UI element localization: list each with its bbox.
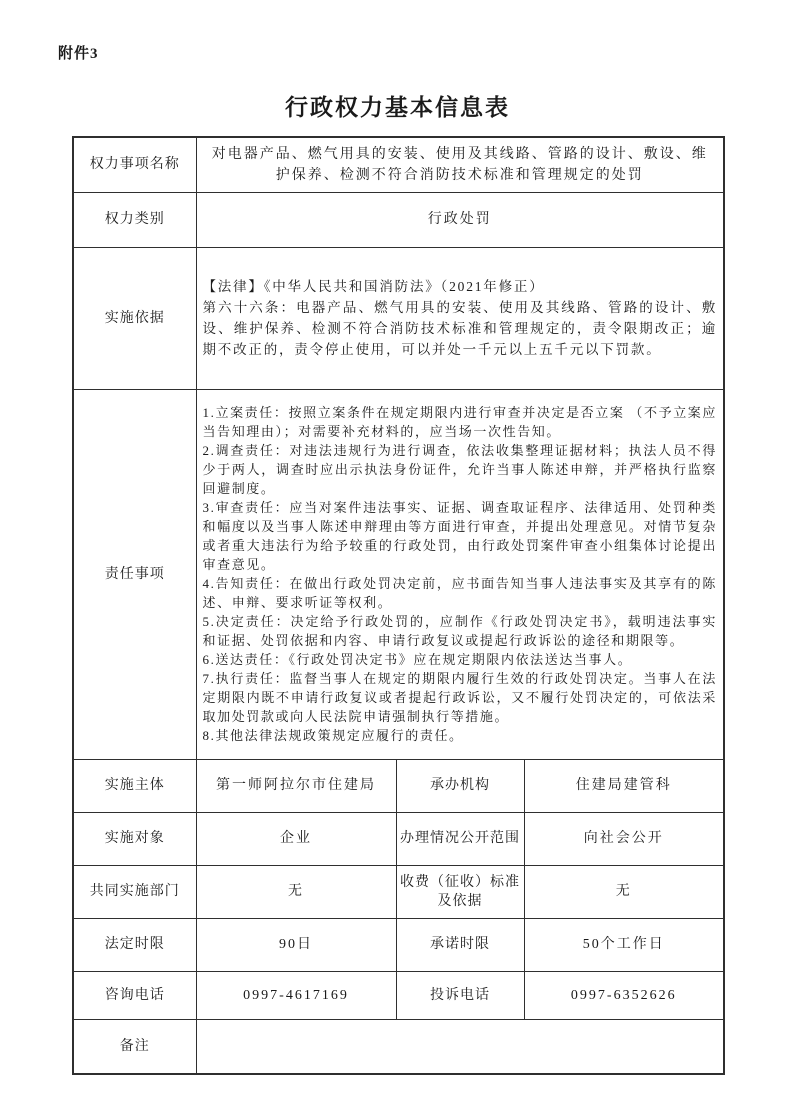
consult-phone-value: 0997-4617169 xyxy=(196,971,396,1019)
row-basis: 实施依据 【法律】《中华人民共和国消防法》（2021年修正） 第六十六条：电器产… xyxy=(73,247,724,389)
info-table: 权力事项名称 对电器产品、燃气用具的安装、使用及其线路、管路的设计、敷设、维护保… xyxy=(72,136,725,1075)
charge-standard-value: 无 xyxy=(524,865,724,918)
consult-phone-label: 咨询电话 xyxy=(73,971,196,1019)
basis-line: 【法律】《中华人民共和国消防法》（2021年修正） xyxy=(203,276,718,297)
document-page: 附件3 行政权力基本信息表 权力事项名称 对电器产品、燃气用具的安装、使用及其线… xyxy=(0,0,794,1108)
public-scope-label: 办理情况公开范围 xyxy=(396,812,524,865)
implement-object-label: 实施对象 xyxy=(73,812,196,865)
row-phones: 咨询电话 0997-4617169 投诉电话 0997-6352626 xyxy=(73,971,724,1019)
category-label: 权力类别 xyxy=(73,192,196,247)
category-value: 行政处罚 xyxy=(196,192,724,247)
duty-item: 1.立案责任：按照立案条件在规定期限内进行审查并决定是否立案 （不予立案应当告知… xyxy=(203,403,718,441)
duty-item: 5.决定责任：决定给予行政处罚的，应制作《行政处罚决定书》，载明违法事实和证据、… xyxy=(203,612,718,650)
promise-time-limit-value: 50个工作日 xyxy=(524,918,724,971)
duty-item: 7.执行责任：监督当事人在规定的期限内履行生效的行政处罚决定。当事人在法定期限内… xyxy=(203,669,718,726)
basis-line: 第六十六条：电器产品、燃气用具的安装、使用及其线路、管路的设计、敷设、维护保养、… xyxy=(203,297,718,360)
complaint-phone-label: 投诉电话 xyxy=(396,971,524,1019)
duty-item: 6.送达责任：《行政处罚决定书》应在规定期限内依法送达当事人。 xyxy=(203,650,718,669)
complaint-phone-value: 0997-6352626 xyxy=(524,971,724,1019)
implement-object-value: 企业 xyxy=(196,812,396,865)
row-implement-subject: 实施主体 第一师阿拉尔市住建局 承办机构 住建局建管科 xyxy=(73,759,724,812)
duty-item: 8.其他法律法规政策规定应履行的责任。 xyxy=(203,726,718,745)
row-category: 权力类别 行政处罚 xyxy=(73,192,724,247)
row-joint-department: 共同实施部门 无 收费（征收）标准及依据 无 xyxy=(73,865,724,918)
basis-value: 【法律】《中华人民共和国消防法》（2021年修正） 第六十六条：电器产品、燃气用… xyxy=(196,247,724,389)
undertaking-org-value: 住建局建管科 xyxy=(524,759,724,812)
remark-label: 备注 xyxy=(73,1019,196,1074)
legal-time-limit-label: 法定时限 xyxy=(73,918,196,971)
row-legal-time-limit: 法定时限 90日 承诺时限 50个工作日 xyxy=(73,918,724,971)
joint-department-label: 共同实施部门 xyxy=(73,865,196,918)
page-title: 行政权力基本信息表 xyxy=(72,89,723,122)
row-remark: 备注 xyxy=(73,1019,724,1074)
public-scope-value: 向社会公开 xyxy=(524,812,724,865)
joint-department-value: 无 xyxy=(196,865,396,918)
duty-value: 1.立案责任：按照立案条件在规定期限内进行审查并决定是否立案 （不予立案应当告知… xyxy=(196,389,724,759)
duty-item: 4.告知责任：在做出行政处罚决定前，应书面告知当事人违法事实及其享有的陈述、申辩… xyxy=(203,574,718,612)
duty-item: 3.审查责任：应当对案件违法事实、证据、调查取证程序、法律适用、处罚种类和幅度以… xyxy=(203,498,718,574)
row-item-name: 权力事项名称 对电器产品、燃气用具的安装、使用及其线路、管路的设计、敷设、维护保… xyxy=(73,137,724,192)
item-name-label: 权力事项名称 xyxy=(73,137,196,192)
basis-label: 实施依据 xyxy=(73,247,196,389)
row-implement-object: 实施对象 企业 办理情况公开范围 向社会公开 xyxy=(73,812,724,865)
row-duty: 责任事项 1.立案责任：按照立案条件在规定期限内进行审查并决定是否立案 （不予立… xyxy=(73,389,724,759)
legal-time-limit-value: 90日 xyxy=(196,918,396,971)
attachment-label: 附件3 xyxy=(58,42,723,63)
undertaking-org-label: 承办机构 xyxy=(396,759,524,812)
duty-item: 2.调查责任：对违法违规行为进行调查，依法收集整理证据材料；执法人员不得少于两人… xyxy=(203,441,718,498)
implement-subject-label: 实施主体 xyxy=(73,759,196,812)
duty-label: 责任事项 xyxy=(73,389,196,759)
remark-value xyxy=(196,1019,724,1074)
promise-time-limit-label: 承诺时限 xyxy=(396,918,524,971)
item-name-value: 对电器产品、燃气用具的安装、使用及其线路、管路的设计、敷设、维护保养、检测不符合… xyxy=(196,137,724,192)
charge-standard-label: 收费（征收）标准及依据 xyxy=(396,865,524,918)
implement-subject-value: 第一师阿拉尔市住建局 xyxy=(196,759,396,812)
